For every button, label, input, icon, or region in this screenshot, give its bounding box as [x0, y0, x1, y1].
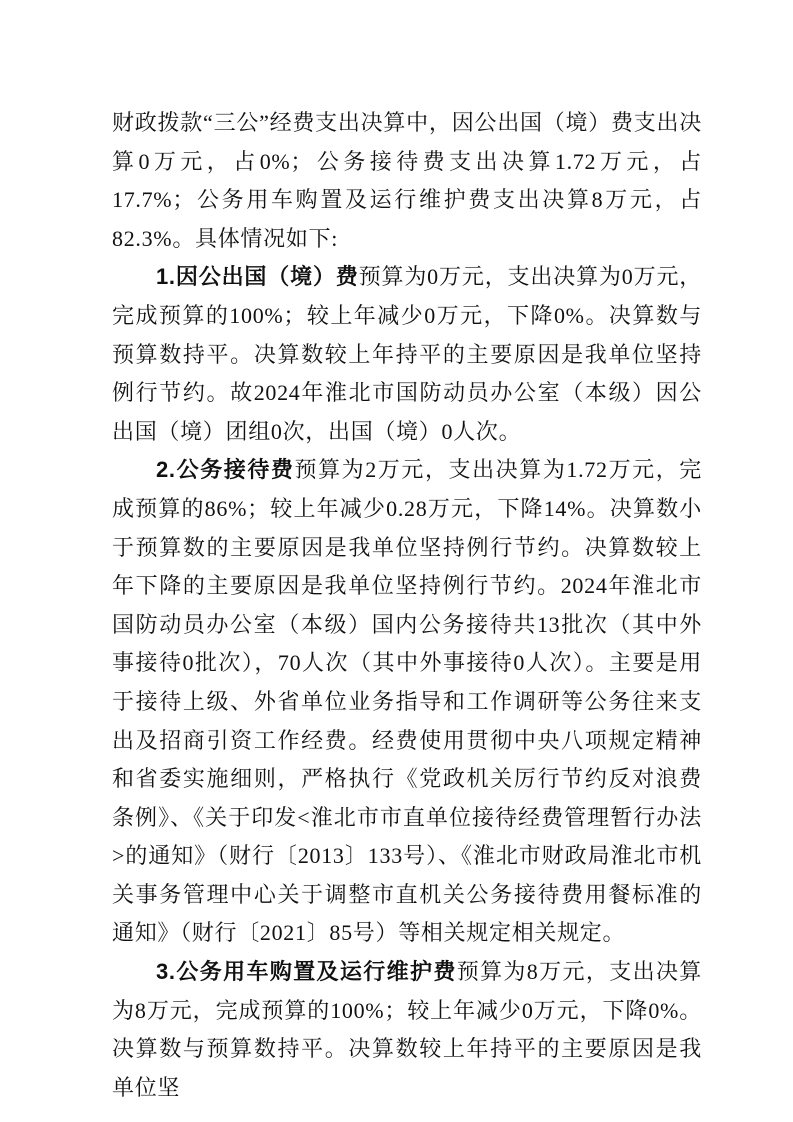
paragraph-section-3-official-vehicles: 3.公务用车购置及运行维护费预算为8万元，支出决算为8万元，完成预算的100%；… [112, 953, 702, 1107]
document-page: 财政拨款“三公”经费支出决算中，因公出国（境）费支出决算0万元，占0%；公务接待… [0, 0, 793, 1122]
section-2-heading: 2.公务接待费 [156, 457, 295, 482]
paragraph-section-1-outbound-visits: 1.因公出国（境）费预算为0万元，支出决算为0万元，完成预算的100%；较上年减… [112, 258, 702, 451]
section-1-text: 预算为0万元，支出决算为0万元，完成预算的100%；较上年减少0万元，下降0%。… [112, 264, 702, 443]
document-body: 财政拨款“三公”经费支出决算中，因公出国（境）费支出决算0万元，占0%；公务接待… [112, 104, 702, 1107]
paragraph-three-public-summary: 财政拨款“三公”经费支出决算中，因公出国（境）费支出决算0万元，占0%；公务接待… [112, 104, 702, 258]
section-2-text: 预算为2万元，支出决算为1.72万元，完成预算的86%；较上年减少0.28万元，… [112, 457, 702, 945]
paragraph-text: 财政拨款“三公”经费支出决算中，因公出国（境）费支出决算0万元，占0%；公务接待… [112, 110, 702, 251]
section-3-heading: 3.公务用车购置及运行维护费 [156, 959, 457, 984]
section-1-heading: 1.因公出国（境）费 [156, 264, 359, 289]
paragraph-section-2-official-reception: 2.公务接待费预算为2万元，支出决算为1.72万元，完成预算的86%；较上年减少… [112, 451, 702, 953]
